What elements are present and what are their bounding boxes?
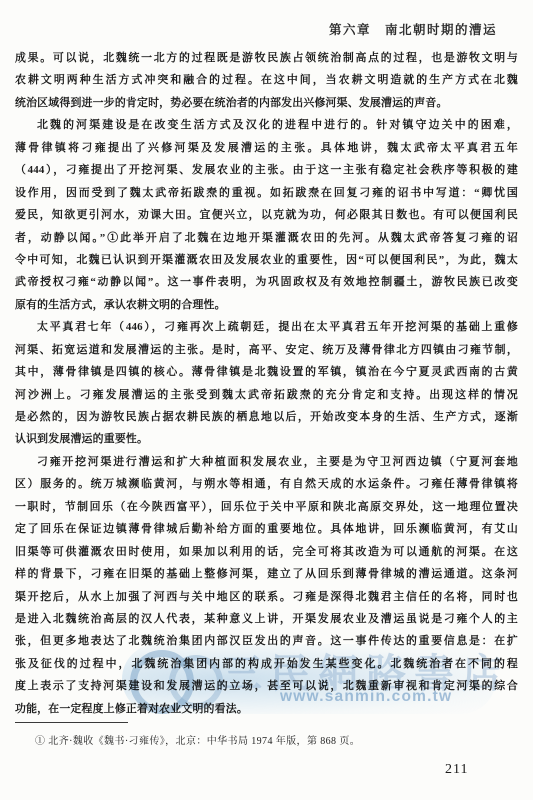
text-line: 样的背景下，刁雍在旧渠的基础上整修河渠，建立了从回乐到薄骨律城的漕运通道。这条河 [15,563,518,585]
text-line: 刁雍开挖河渠进行漕运和扩大种植面积发展农业，主要是为守卫河西边镇（宁夏河套地 [15,451,518,473]
text-line: 区）服务的。统万城濒临黄河，与朔水等相通，有自然天成的水运条件。刁雍任薄骨律镇将 [15,473,518,495]
text-line: 爱民，知欲更引河水，劝课大田。宜便兴立，以克就为功，何必限其日数也。有可以便国利… [15,204,518,226]
text-line: 武帝授权刁雍“动静以闻”。这一事件表明，为巩固政权及有效地控制疆土，游牧民族已改… [15,271,518,293]
text-line: 河沙洲上。刁雍发展漕运的主张受到魏太武帝拓跋焘的充分肯定和支持。出现这样的情况 [15,384,518,406]
text-line: 功能，在一定程度上修正着对农业文明的看法。 [15,698,518,720]
text-line: 成果。可以说，北魏统一北方的过程既是游牧民族占领统治制高点的过程，也是游牧文明与 [15,47,518,69]
text-line: 统治区域得到进一步的肯定时，势必要在统治者的内部发出兴修河渠、发展漕运的声音。 [15,92,518,114]
text-line: 是必然的，因为游牧民族占据农耕民族的栖息地以后，开始改变本身的生活、生产方式，逐… [15,406,518,428]
text-line: 太平真君七年（446），刁雍再次上疏朝廷，提出在太平真君五年开挖河渠的基础上重修 [15,316,518,338]
text-line: 是进入北魏统治高层的汉人代表，某种意义上讲，开渠发展农业及漕运虽说是刁雍个人的主 [15,608,518,630]
text-line: 渠开挖后，从水上加强了河西与关中地区的联系。刁雍是深得北魏君主信任的名将，同时也 [15,586,518,608]
text-line: 张，但更多地表达了北魏统治集团内部汉臣发出的声音。这一事件传达的重要信息是：在扩 [15,630,518,652]
body-text: 成果。可以说，北魏统一北方的过程既是游牧民族占领统治制高点的过程，也是游牧文明与… [15,47,518,720]
text-line: 河渠、拓宽运道和发展漕运的主张。是时，高平、安定、统万及薄骨律北方四镇由刁雍节制… [15,339,518,361]
running-header: 第六章 南北朝时期的漕运 [329,20,497,38]
text-line: 令中可知，北魏已认识到开渠灌溉农田及发展农业的重要性，因“可以便国利民”，为此，… [15,249,518,271]
text-line: 认识到发展漕运的重要性。 [15,428,518,450]
book-page: 第六章 南北朝时期的漕运 成果。可以说，北魏统一北方的过程既是游牧民族占领统治制… [0,0,533,800]
text-line: 其中，薄骨律镇是四镇的核心。薄骨律镇是北魏设置的军镇，镇治在今宁夏灵武西南的古黄 [15,361,518,383]
text-line: 农耕文明两种生活方式冲突和融合的过程。在这中间，当农耕文明造就的生产方式在北魏 [15,69,518,91]
text-line: 度上表示了支持河渠建设和发展漕运的立场，甚至可以说，北魏重新审视和肯定河渠的综合 [15,675,518,697]
text-line: 者，动静以闻。”①此举开启了北魏在边地开渠灌溉农田的先河。从魏太武帝答复刁雍的诏 [15,227,518,249]
text-line: 一职时，节制回乐（在今陕西富平），回乐位于关中平原和陕北高原交界处，这一地理位置… [15,496,518,518]
text-line: 定了回乐在保证边镇薄骨律城后勤补给方面的重要地位。具体地讲，回乐濒临黄河，有艾山 [15,518,518,540]
text-line: 北魏的河渠建设是在改变生活方式及汉化的进程中进行的。针对镇守边关中的困难， [15,114,518,136]
footnote: ① 北齐·魏收《魏书·刁雍传》，北京：中华书局 1974 年版，第 868 页。 [35,732,360,747]
text-line: （444），刁雍提出了开挖河渠、发展农业的主张。由于这一主张有稳定社会秩序等积极… [15,159,518,181]
page-number: 211 [445,762,468,778]
footnote-divider [15,722,128,723]
text-line: 薄骨律镇将刁雍提出了兴修河渠及发展漕运的主张。具体地讲，魏太武帝太平真君五年 [15,137,518,159]
text-line: 旧渠等可供灌溉农田时使用，如果加以利用的话，完全可将其改造为可以通航的河渠。在这 [15,541,518,563]
text-line: 原有的生活方式，承认农耕文明的合理性。 [15,294,518,316]
text-line: 张及征伐的过程中，北魏统治集团内部的构成开始发生某些变化。北魏统治者在不同的程 [15,653,518,675]
text-line: 设作用，因而受到了魏太武帝拓跋焘的重视。如拓跋焘在回复刁雍的诏书中写道：“卿忧国 [15,182,518,204]
